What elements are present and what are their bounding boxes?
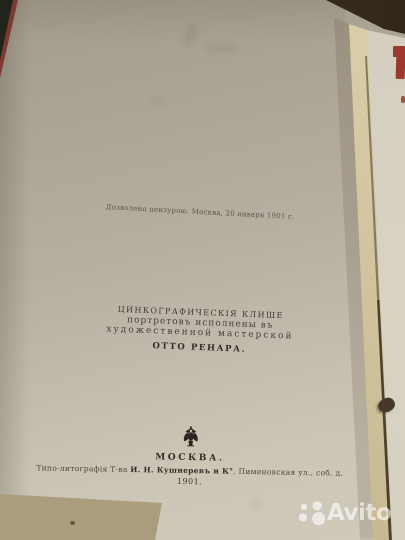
page-smudge: [150, 96, 164, 106]
top-edge-shadow: [0, 0, 345, 44]
printer-name: И. Н. Кушнеревъ и К°: [130, 465, 233, 476]
page-smudge: [250, 500, 262, 508]
double-headed-eagle-icon: [182, 426, 199, 447]
avito-watermark-label: Avito: [327, 500, 391, 526]
printer-suffix: , Пименовская ул., соб. д.: [233, 467, 343, 478]
book-photo: Дозволено цензурою. Москва, 20 января 19…: [0, 0, 405, 540]
avito-watermark: Avito: [297, 500, 391, 526]
printer-imprint-block: МОСКВА. Типо-литографія Т-ва И. Н. Кушне…: [30, 423, 351, 489]
avito-logo-icon: [297, 500, 326, 526]
red-title-letter-fragment: [396, 55, 405, 79]
left-edge-shadow: [0, 0, 30, 540]
red-ink-speck: [401, 96, 405, 103]
printer-prefix: Типо-литографія Т-ва: [36, 463, 130, 474]
paper-speck: [70, 521, 75, 525]
page-smudge: [205, 44, 239, 53]
